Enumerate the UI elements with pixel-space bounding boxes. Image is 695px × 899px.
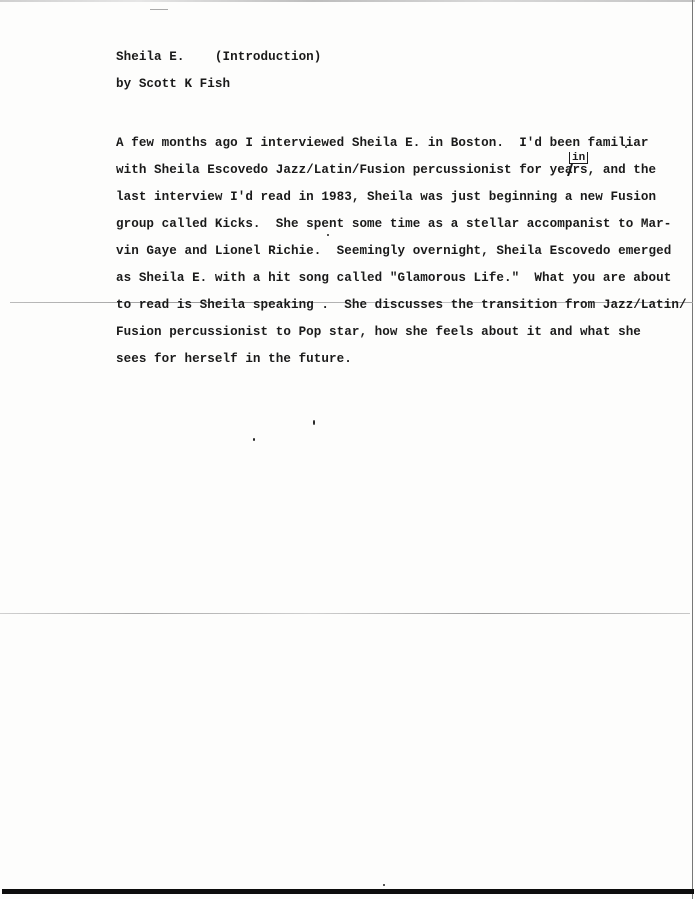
document-byline: by Scott K Fish	[116, 77, 230, 91]
ink-speck	[313, 420, 315, 425]
page-bottom-border	[2, 889, 694, 894]
paragraph-line: last interview I'd read in 1983, Sheila …	[116, 190, 656, 204]
fold-line	[0, 613, 690, 614]
paragraph-line: vin Gaye and Lionel Richie. Seemingly ov…	[116, 244, 671, 258]
paragraph-line: sees for herself in the future.	[116, 352, 352, 366]
paragraph-line: Fusion percussionist to Pop star, how sh…	[116, 325, 641, 339]
page-top-edge	[0, 0, 695, 2]
paragraph-line: group called Kicks. She spent some time …	[116, 217, 671, 231]
ink-speck	[625, 146, 627, 148]
paragraph-line: as Sheila E. with a hit song called "Gla…	[116, 271, 671, 285]
ink-speck	[327, 234, 329, 236]
scan-mark	[150, 9, 168, 10]
document-title: Sheila E. (Introduction)	[116, 50, 321, 64]
handwritten-insertion: in	[569, 152, 588, 164]
paragraph-line: with Sheila Escovedo Jazz/Latin/Fusion p…	[116, 163, 656, 177]
paragraph-line: to read is Sheila speaking . She discuss…	[116, 298, 687, 312]
ink-speck	[253, 438, 255, 441]
typewritten-page: Sheila E. (Introduction) by Scott K Fish…	[0, 0, 695, 899]
paragraph-line: A few months ago I interviewed Sheila E.…	[116, 136, 649, 150]
ink-speck	[383, 884, 385, 886]
page-right-edge	[692, 0, 693, 899]
